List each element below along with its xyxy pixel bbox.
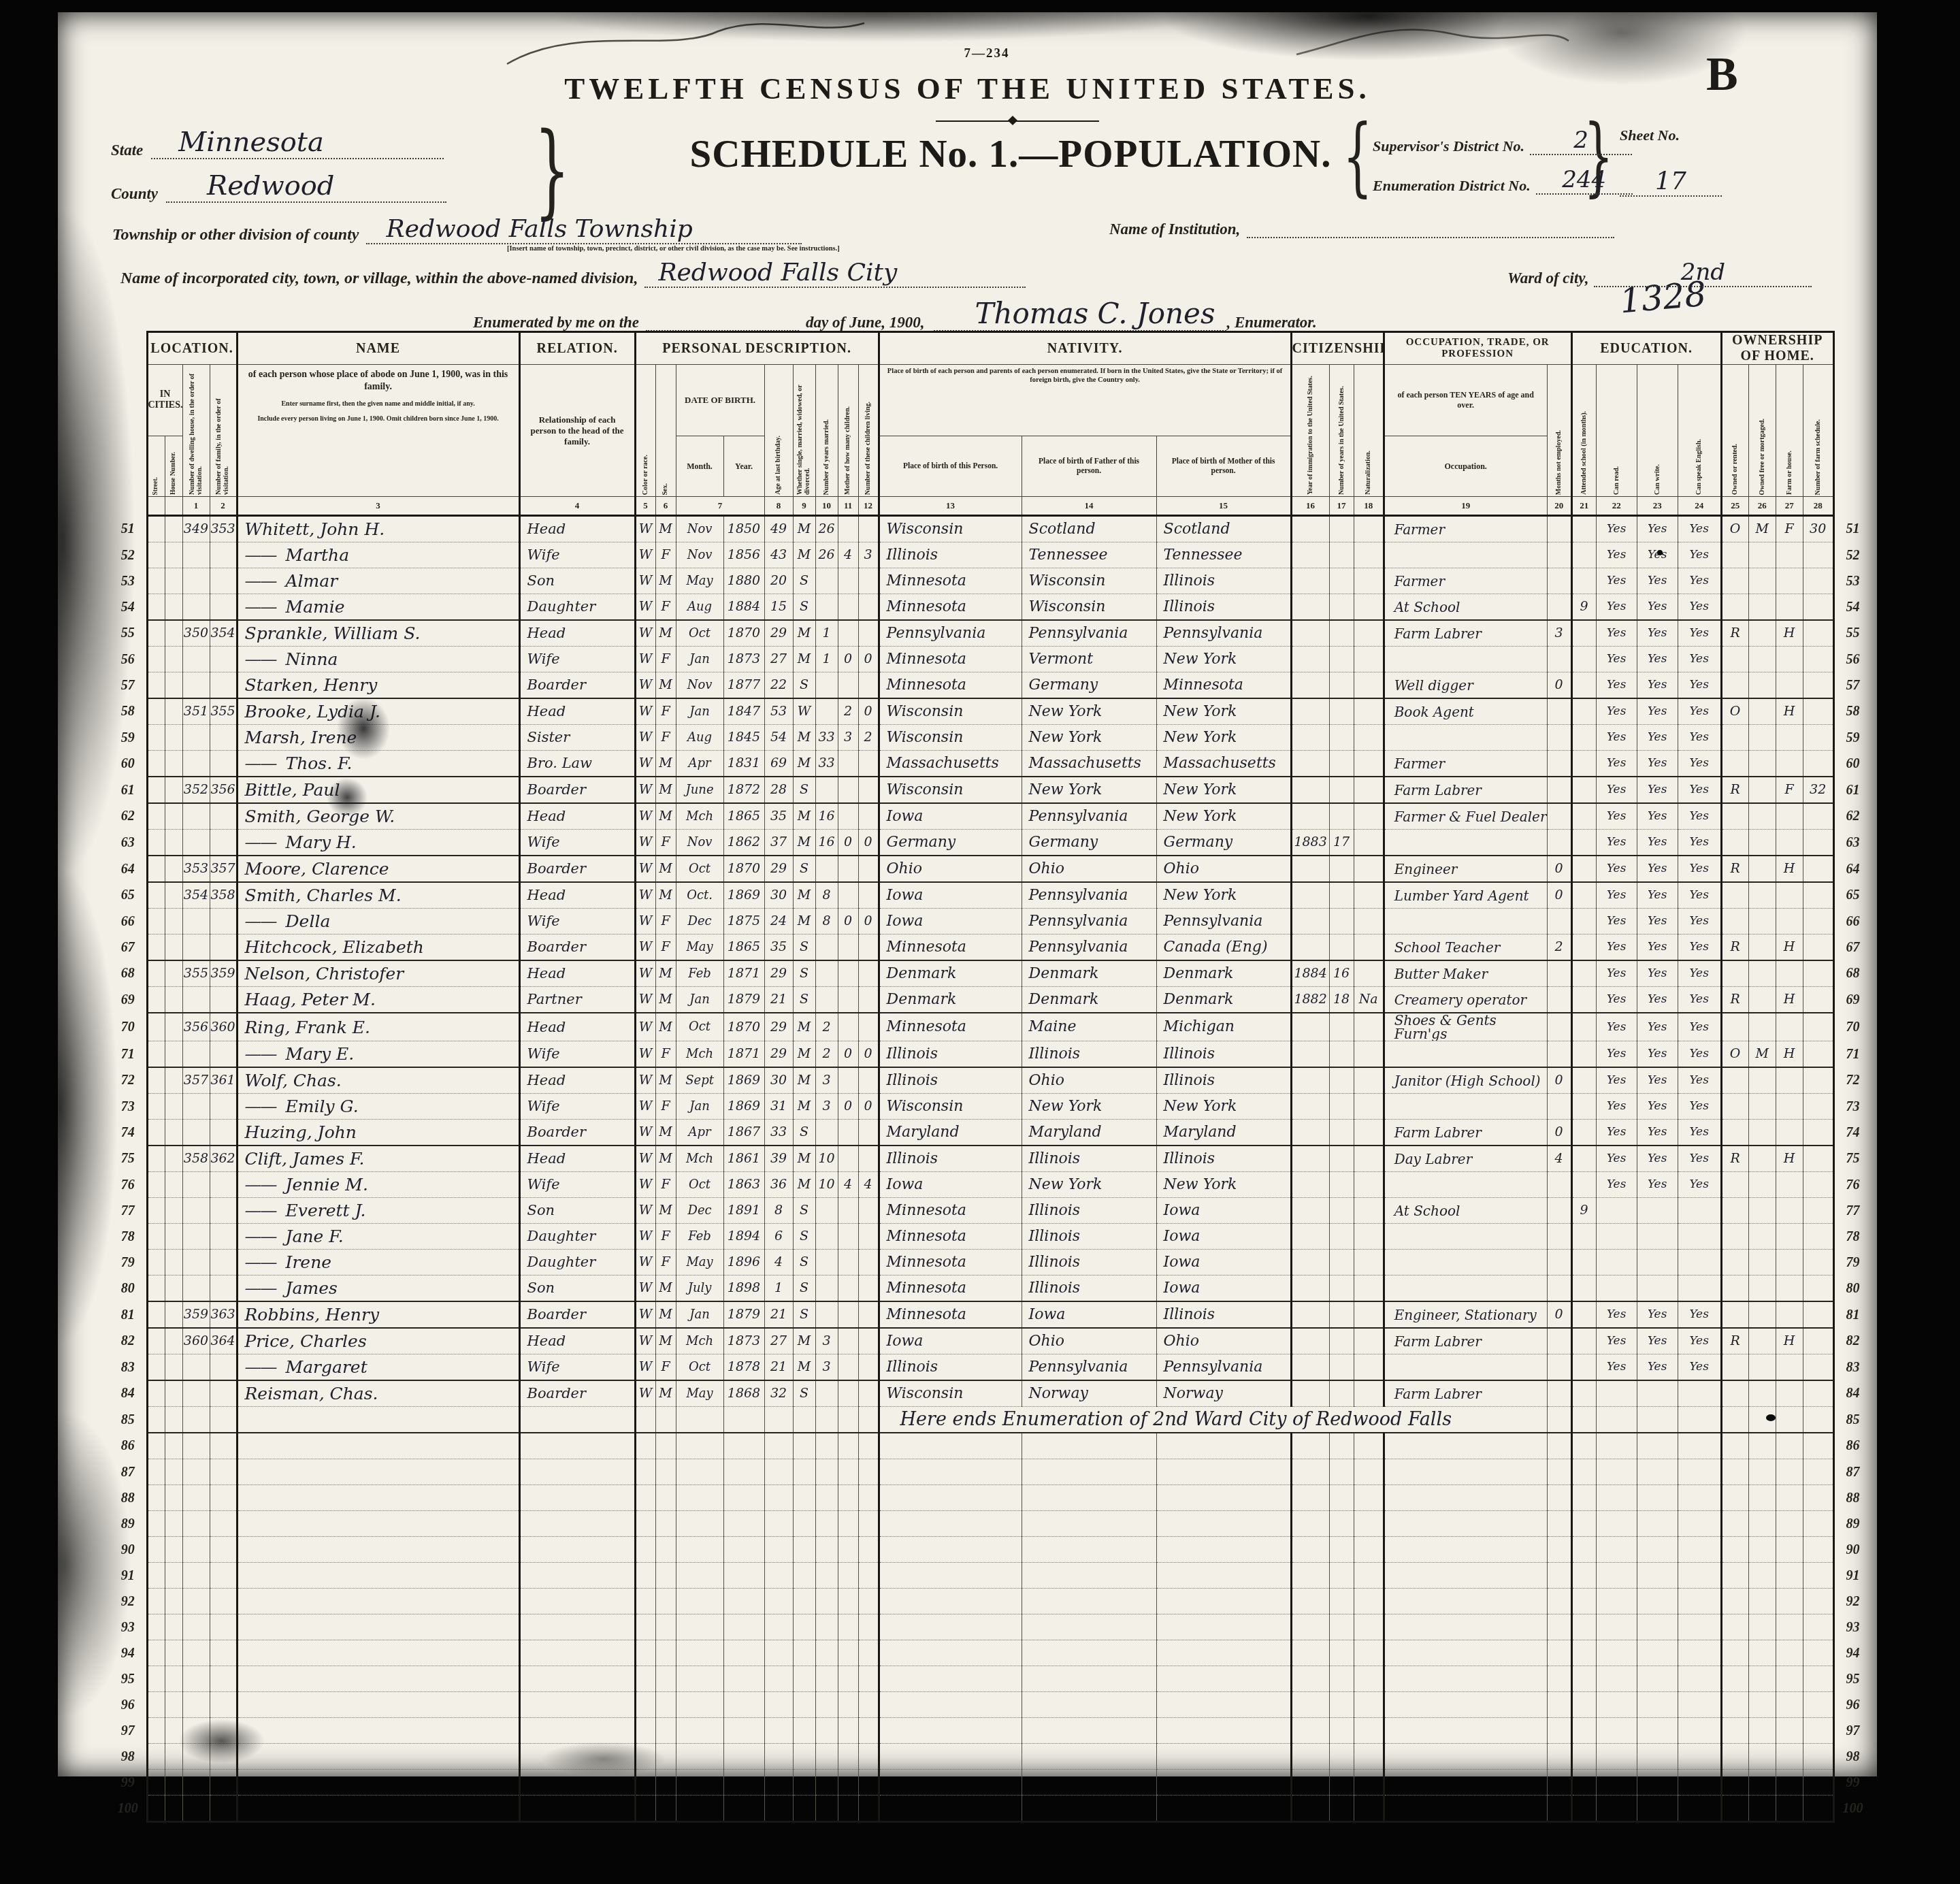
cell-rel: Boarder (519, 856, 635, 882)
cell-pb: Iowa (879, 1328, 1022, 1354)
cell-yr (723, 1589, 764, 1614)
cell-cl (858, 1459, 879, 1485)
cell-fam (210, 1224, 237, 1250)
enumeration-district-value: 244 (1536, 166, 1633, 195)
cell-fh (1776, 1563, 1803, 1589)
cell-cl: 0 (858, 1041, 879, 1068)
cell-fh: H (1776, 698, 1803, 725)
table-row: 64353357Moore, ClarenceBoarderWMOct18702… (110, 856, 1871, 882)
cell-occ: Janitor (High School) (1384, 1067, 1547, 1094)
cell-hn (165, 1614, 182, 1640)
cell-sex: M (655, 960, 676, 987)
cell-fam (210, 1485, 237, 1511)
cell-occ (1384, 1796, 1547, 1822)
cell-dw: 359 (182, 1301, 210, 1328)
cell-mne (1547, 1013, 1571, 1041)
cell-sch (1571, 856, 1596, 882)
cell-rel: Boarder (519, 672, 635, 699)
cell-fh (1776, 672, 1803, 699)
cell-fh (1776, 1224, 1803, 1250)
cell-age (764, 1485, 793, 1511)
cell-dw (182, 1459, 210, 1485)
cell-fs (1803, 1744, 1833, 1770)
cell-color: W (635, 935, 655, 961)
row-number: 74 (110, 1120, 147, 1146)
cell-rel: Sister (519, 725, 635, 751)
cell-cl (858, 777, 879, 803)
cell-fam (210, 1276, 237, 1302)
cell-nat (1354, 1198, 1384, 1224)
cell-rel: Son (519, 1276, 635, 1302)
cell-nat (1354, 1224, 1384, 1250)
cell-mo: Nov (676, 516, 723, 542)
cell-sex: M (655, 1301, 676, 1328)
cell-yus (1329, 568, 1354, 594)
cell-wr: Yes (1637, 725, 1678, 751)
cell-name: ——Mary H. (237, 830, 519, 856)
cell-yr: 1870 (723, 856, 764, 882)
cell-rel: Head (519, 882, 635, 909)
cell-own (1721, 1563, 1748, 1589)
cell-hn (165, 1537, 182, 1563)
cell-fh: H (1776, 935, 1803, 961)
cell-st (147, 1250, 165, 1276)
cell-age (764, 1692, 793, 1718)
cell-name: Huzing, John (237, 1120, 519, 1146)
cell-mo (676, 1796, 723, 1822)
header-in-cities: IN CITIES. (147, 365, 182, 436)
cell-cl (858, 1511, 879, 1537)
cell-pbm: New York (1156, 1172, 1291, 1198)
ditto-mark: —— (245, 571, 276, 591)
cell-en: Yes (1678, 882, 1721, 909)
cell-en: Yes (1678, 1013, 1721, 1041)
cell-age: 49 (764, 516, 793, 542)
cell-rel: Head (519, 803, 635, 830)
cell-sch (1571, 1354, 1596, 1381)
cell-st (147, 935, 165, 961)
cell-own (1721, 1796, 1748, 1822)
cell-cl (858, 1485, 879, 1511)
cell-fh (1776, 1354, 1803, 1381)
cell-yus (1329, 1328, 1354, 1354)
cell-pb (879, 1537, 1022, 1563)
cell-mort (1748, 568, 1776, 594)
cell-age: 29 (764, 960, 793, 987)
cell-yr (723, 1537, 764, 1563)
table-row: 60——Thos. F.Bro. LawWMApr183169M33Massac… (110, 751, 1871, 777)
cell-rd (1596, 1250, 1637, 1276)
cell-mar: S (793, 1120, 815, 1146)
cell-rel (519, 1666, 635, 1692)
cell-en (1678, 1537, 1721, 1563)
cell-yr: 1865 (723, 803, 764, 830)
cell-mar: S (793, 987, 815, 1013)
cell-mne (1547, 777, 1571, 803)
cell-hn (165, 1198, 182, 1224)
cell-pb (879, 1614, 1022, 1640)
cell-pbf (1022, 1744, 1156, 1770)
row-number: 70 (1833, 1013, 1871, 1041)
cell-rd: Yes (1596, 725, 1637, 751)
cell-mne (1547, 1511, 1571, 1537)
cell-en (1678, 1796, 1721, 1822)
cell-mar (793, 1511, 815, 1537)
cell-fh: H (1776, 620, 1803, 647)
cell-cl (858, 594, 879, 621)
cell-yr: 1879 (723, 1301, 764, 1328)
cell-nat (1354, 960, 1384, 987)
table-row: 79——IreneDaughterWFMay18964SMinnesotaIll… (110, 1250, 1871, 1276)
cell-ym (815, 698, 838, 725)
cell-mar: S (793, 856, 815, 882)
cell-color: W (635, 830, 655, 856)
cell-pb (879, 1770, 1022, 1796)
cell-st (147, 960, 165, 987)
cell-yus (1329, 882, 1354, 909)
cell-fh (1776, 803, 1803, 830)
cell-hn (165, 1067, 182, 1094)
cell-name: ——Everett J. (237, 1198, 519, 1224)
cell-mort (1748, 1067, 1776, 1094)
cell-fs (1803, 1250, 1833, 1276)
cell-wr (1637, 1250, 1678, 1276)
cell-dw (182, 725, 210, 751)
row-number: 76 (110, 1172, 147, 1198)
cell-mo: May (676, 568, 723, 594)
cell-mar (793, 1718, 815, 1744)
header-ownership: OWNERSHIP OF HOME. (1721, 332, 1833, 365)
cell-yus (1329, 647, 1354, 672)
table-row: 9696 (110, 1692, 1871, 1718)
cell-hn (165, 960, 182, 987)
cell-mc: 0 (838, 830, 858, 856)
row-number: 65 (1833, 882, 1871, 909)
row-number: 52 (1833, 542, 1871, 568)
cell-hn (165, 1433, 182, 1459)
cell-en (1678, 1485, 1721, 1511)
row-number: 97 (110, 1718, 147, 1744)
cell-en (1678, 1563, 1721, 1589)
cell-mort (1748, 1692, 1776, 1718)
cell-mo (676, 1614, 723, 1640)
header-color: Color or race. (635, 365, 655, 497)
row-number: 98 (1833, 1744, 1871, 1770)
cell-en: Yes (1678, 856, 1721, 882)
cell-fam (210, 568, 237, 594)
cell-mc (838, 1067, 858, 1094)
row-number: 85 (110, 1407, 147, 1433)
cell-yus (1329, 1640, 1354, 1666)
cell-fs (1803, 1692, 1833, 1718)
name-note-1: Enter surname first, then the given name… (248, 400, 509, 409)
cell-occ: Engineer, Stationary (1384, 1301, 1547, 1328)
cell-fs (1803, 1459, 1833, 1485)
cell-fs (1803, 1433, 1833, 1459)
row-number: 90 (1833, 1537, 1871, 1563)
cell-rel (519, 1770, 635, 1796)
cell-own (1721, 1224, 1748, 1250)
cell-yr (723, 1744, 764, 1770)
cell-mc: 4 (838, 542, 858, 568)
cell-age (764, 1563, 793, 1589)
cell-sch (1571, 1537, 1596, 1563)
cell-pbm (1156, 1433, 1291, 1459)
cell-en: Yes (1678, 620, 1721, 647)
row-number: 55 (1833, 620, 1871, 647)
cell-rd: Yes (1596, 1354, 1637, 1381)
cell-cl (858, 1250, 879, 1276)
cell-mc (838, 1796, 858, 1822)
cell-sch (1571, 1067, 1596, 1094)
header-occupation-group: OCCUPATION, TRADE, OR PROFESSION (1384, 332, 1571, 365)
cell-en: Yes (1678, 830, 1721, 856)
cell-fs (1803, 803, 1833, 830)
cell-age: 32 (764, 1380, 793, 1407)
cell-sch (1571, 1250, 1596, 1276)
cell-wr: Yes (1637, 830, 1678, 856)
cell-pb: Minnesota (879, 1224, 1022, 1250)
cell-pb: Minnesota (879, 1276, 1022, 1302)
cell-sex: F (655, 1172, 676, 1198)
cell-ym (815, 935, 838, 961)
cell-color: W (635, 751, 655, 777)
cell-mar (793, 1537, 815, 1563)
cell-mne: 3 (1547, 620, 1571, 647)
cell-color (635, 1718, 655, 1744)
cell-wr: Yes (1637, 960, 1678, 987)
cell-mar (793, 1770, 815, 1796)
cell-en (1678, 1770, 1721, 1796)
cell-pbm: New York (1156, 698, 1291, 725)
cell-fs (1803, 1718, 1833, 1744)
left-brace: } (534, 120, 570, 222)
cell-pb: Wisconsin (879, 698, 1022, 725)
cell-pbf: Germany (1022, 672, 1156, 699)
cell-nat (1354, 1172, 1384, 1198)
cell-mar (793, 1692, 815, 1718)
cell-st (147, 987, 165, 1013)
cell-color: W (635, 725, 655, 751)
cell-rd (1596, 1692, 1637, 1718)
cell-rd (1596, 1198, 1637, 1224)
cell-yus (1329, 1589, 1354, 1614)
cell-dw (182, 1796, 210, 1822)
cell-nat (1354, 672, 1384, 699)
cell-pbf (1022, 1537, 1156, 1563)
cell-wr (1637, 1433, 1678, 1459)
cell-color: W (635, 568, 655, 594)
table-row: 73——Emily G.WifeWFJan186931M300Wisconsin… (110, 1094, 1871, 1120)
cell-mne (1547, 1380, 1571, 1407)
cell-pbm: Iowa (1156, 1224, 1291, 1250)
cell-sex: M (655, 1120, 676, 1146)
header-farm-or-house: Farm or house. (1776, 365, 1803, 497)
cell-sch (1571, 803, 1596, 830)
cell-occ (1384, 1640, 1547, 1666)
cell-en: Yes (1678, 751, 1721, 777)
cell-color (635, 1511, 655, 1537)
cell-sex (655, 1459, 676, 1485)
cell-dw (182, 1485, 210, 1511)
cell-cl (858, 1354, 879, 1381)
row-number: 54 (110, 594, 147, 621)
cell-age (764, 1511, 793, 1537)
cell-sch (1571, 1276, 1596, 1302)
cell-dw (182, 1511, 210, 1537)
cell-fam (210, 830, 237, 856)
cell-im (1291, 803, 1329, 830)
cell-mne (1547, 1041, 1571, 1068)
cell-mc: 0 (838, 1094, 858, 1120)
table-row: 70356360Ring, Frank E.HeadWMOct187029M2M… (110, 1013, 1871, 1041)
cell-fs (1803, 1589, 1833, 1614)
state-label: State (111, 142, 143, 159)
cell-own: R (1721, 856, 1748, 882)
table-row: 63——Mary H.WifeWFNov186237M1600GermanyGe… (110, 830, 1871, 856)
cell-hn (165, 1407, 182, 1433)
cell-yr: 1847 (723, 698, 764, 725)
cell-wr: Yes (1637, 1328, 1678, 1354)
cell-en: Yes (1678, 1120, 1721, 1146)
cell-cl (858, 856, 879, 882)
cell-fam (210, 672, 237, 699)
cell-pbm: New York (1156, 777, 1291, 803)
row-number: 51 (1833, 516, 1871, 542)
cell-sex: M (655, 777, 676, 803)
cell-nat (1354, 882, 1384, 909)
cell-hn (165, 987, 182, 1013)
cell-st (147, 1718, 165, 1744)
cell-ym: 2 (815, 1041, 838, 1068)
cell-occ (1384, 725, 1547, 751)
cell-rd (1596, 1640, 1637, 1666)
row-number: 96 (1833, 1692, 1871, 1718)
cell-pbm (1156, 1744, 1291, 1770)
cell-yus (1329, 856, 1354, 882)
county-value: Redwood (166, 170, 446, 203)
cell-mc (838, 1640, 858, 1666)
township-label: Township or other division of county (112, 226, 359, 244)
name-note-2: Include every person living on June 1, 1… (248, 415, 509, 424)
cell-sex: F (655, 725, 676, 751)
cell-mar (793, 1459, 815, 1485)
cell-occ (1384, 1224, 1547, 1250)
cell-age: 21 (764, 1354, 793, 1381)
cell-name: ——Almar (237, 568, 519, 594)
cell-sch (1571, 1459, 1596, 1485)
cell-ym: 3 (815, 1094, 838, 1120)
cell-mc (838, 620, 858, 647)
cell-name: ——Della (237, 909, 519, 935)
cell-age: 27 (764, 1328, 793, 1354)
cell-hn (165, 1172, 182, 1198)
cell-mne: 4 (1547, 1146, 1571, 1172)
cell-name (237, 1511, 519, 1537)
cell-name (237, 1433, 519, 1459)
cell-fh (1776, 830, 1803, 856)
header-children-living: Number of these children living. (858, 365, 879, 497)
header-relation: RELATION. (519, 332, 635, 365)
cell-name: ——Mary E. (237, 1041, 519, 1068)
cell-st (147, 1433, 165, 1459)
cell-own (1721, 647, 1748, 672)
table-row: 81359363Robbins, HenryBoarderWMJan187921… (110, 1301, 1871, 1328)
cell-nat (1354, 1094, 1384, 1120)
cell-cl (858, 568, 879, 594)
cell-cl (858, 882, 879, 909)
cell-name: Starken, Henry (237, 672, 519, 699)
cell-en (1678, 1640, 1721, 1666)
cell-cl (858, 987, 879, 1013)
cell-own: O (1721, 1041, 1748, 1068)
cell-fh (1776, 1120, 1803, 1146)
cell-sch: 9 (1571, 594, 1596, 621)
cell-rd: Yes (1596, 594, 1637, 621)
cell-mne (1547, 1407, 1571, 1433)
cell-rel (519, 1718, 635, 1744)
cell-own (1721, 909, 1748, 935)
cell-mc (838, 1354, 858, 1381)
cell-own (1721, 1407, 1748, 1433)
cell-yr: 1873 (723, 647, 764, 672)
district-open-brace: { (1343, 114, 1373, 199)
cell-nat (1354, 1459, 1384, 1485)
cell-mc (838, 594, 858, 621)
cell-pbf (1022, 1666, 1156, 1692)
ditto-mark: —— (245, 649, 276, 669)
cell-mc (838, 1614, 858, 1640)
cell-pbm: Illinois (1156, 1146, 1291, 1172)
cell-pb (879, 1459, 1022, 1485)
row-number: 79 (1833, 1250, 1871, 1276)
cell-mar: S (793, 1276, 815, 1302)
cell-mo: Mch (676, 1146, 723, 1172)
cell-fs (1803, 1276, 1833, 1302)
cell-age: 39 (764, 1146, 793, 1172)
cell-cl (858, 1537, 879, 1563)
cell-nat (1354, 1692, 1384, 1718)
cell-pbm: Canada (Eng) (1156, 935, 1291, 961)
cell-rel (519, 1537, 635, 1563)
cell-rel: Wife (519, 542, 635, 568)
cell-name: Marsh, Irene (237, 725, 519, 751)
cell-sch (1571, 1301, 1596, 1328)
cell-cl: 0 (858, 830, 879, 856)
cell-name: ——Jane F. (237, 1224, 519, 1250)
cell-mne: 0 (1547, 1067, 1571, 1094)
cell-wr (1637, 1537, 1678, 1563)
cell-st (147, 803, 165, 830)
row-number: 59 (110, 725, 147, 751)
cell-en (1678, 1744, 1721, 1770)
cell-mne (1547, 987, 1571, 1013)
cell-own (1721, 568, 1748, 594)
cell-mar: M (793, 542, 815, 568)
cell-mort (1748, 1433, 1776, 1459)
cell-cl (858, 1433, 879, 1459)
row-number: 89 (110, 1511, 147, 1537)
cell-rd: Yes (1596, 1146, 1637, 1172)
county-label: County (111, 185, 158, 203)
cell-rel: Daughter (519, 594, 635, 621)
cell-mne: 0 (1547, 672, 1571, 699)
table-row: 66——DellaWifeWFDec187524M800IowaPennsylv… (110, 909, 1871, 935)
row-number: 88 (1833, 1485, 1871, 1511)
table-row: 61352356Bittle, PaulBoarderWMJune187228S… (110, 777, 1871, 803)
cell-cl (858, 1301, 879, 1328)
cell-rd (1596, 1485, 1637, 1511)
